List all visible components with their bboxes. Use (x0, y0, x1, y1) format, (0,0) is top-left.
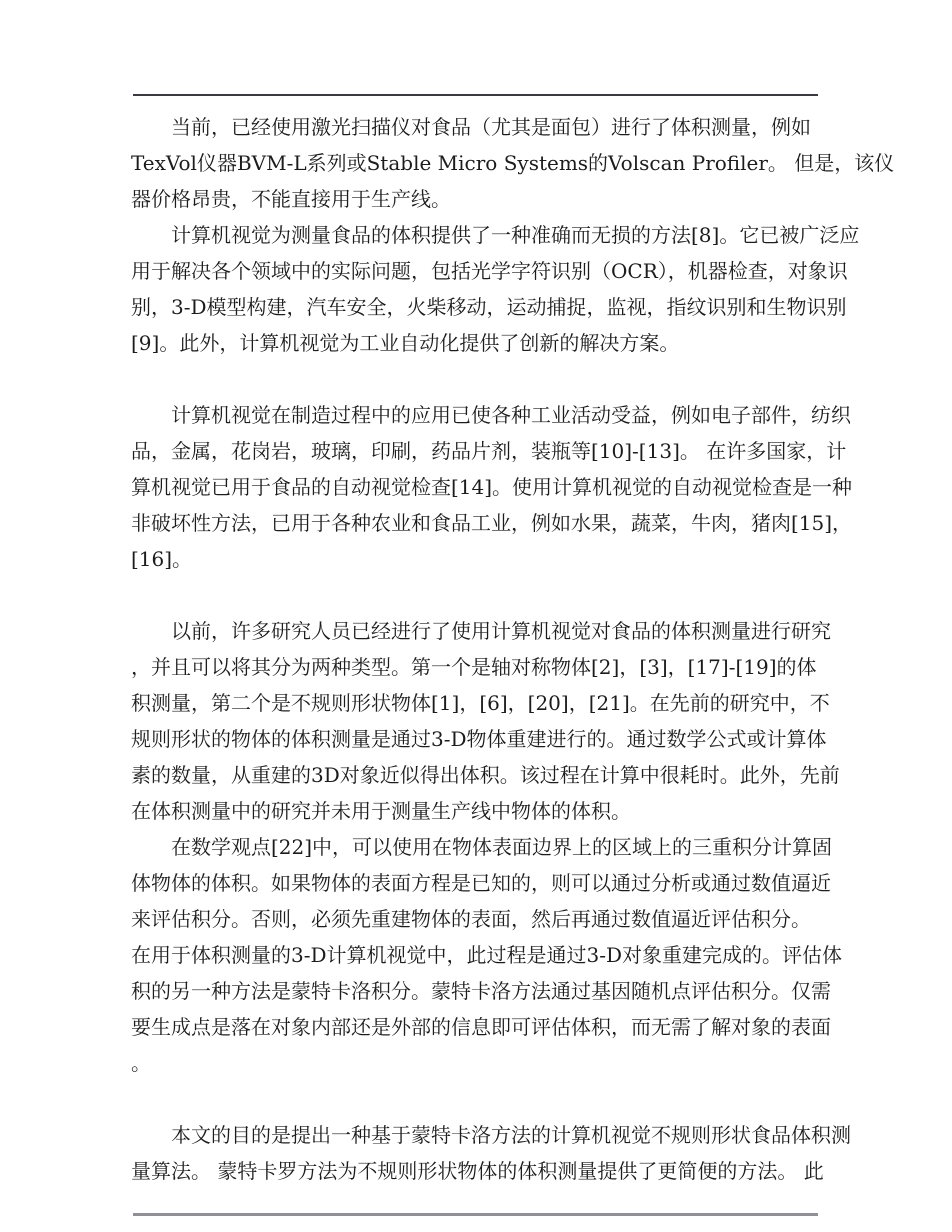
paragraph-manufacturing-applications: 计算机视觉在制造过程中的应用已使各种工业活动受益，例如电子部件，纺织 品，金属，… (131, 397, 841, 577)
header-rule (133, 94, 818, 96)
paragraph-previous-research: 以前，许多研究人员已经进行了使用计算机视觉对食品的体积测量进行研究 ，并且可以将… (131, 613, 841, 829)
paragraph-laser-scanner: 当前，已经使用激光扫描仪对食品（尤其是面包）进行了体积测量，例如 TexVol仪… (131, 109, 841, 217)
paragraph-computer-vision-method: 计算机视觉为测量食品的体积提供了一种准确而无损的方法[8]。它已被广泛应 用于解… (131, 217, 841, 361)
paragraph-paper-purpose: 本文的目的是提出一种基于蒙特卡洛方法的计算机视觉不规则形状食品体积测 量算法。 … (131, 1117, 841, 1189)
footer-rule (133, 1213, 818, 1216)
document-page: 当前，已经使用激光扫描仪对食品（尤其是面包）进行了体积测量，例如 TexVol仪… (0, 0, 952, 1232)
paragraph-mathematical-view: 在数学观点[22]中，可以使用在物体表面边界上的区域上的三重积分计算固 体物体的… (131, 829, 841, 1081)
document-body: 当前，已经使用激光扫描仪对食品（尤其是面包）进行了体积测量，例如 TexVol仪… (131, 109, 841, 1189)
